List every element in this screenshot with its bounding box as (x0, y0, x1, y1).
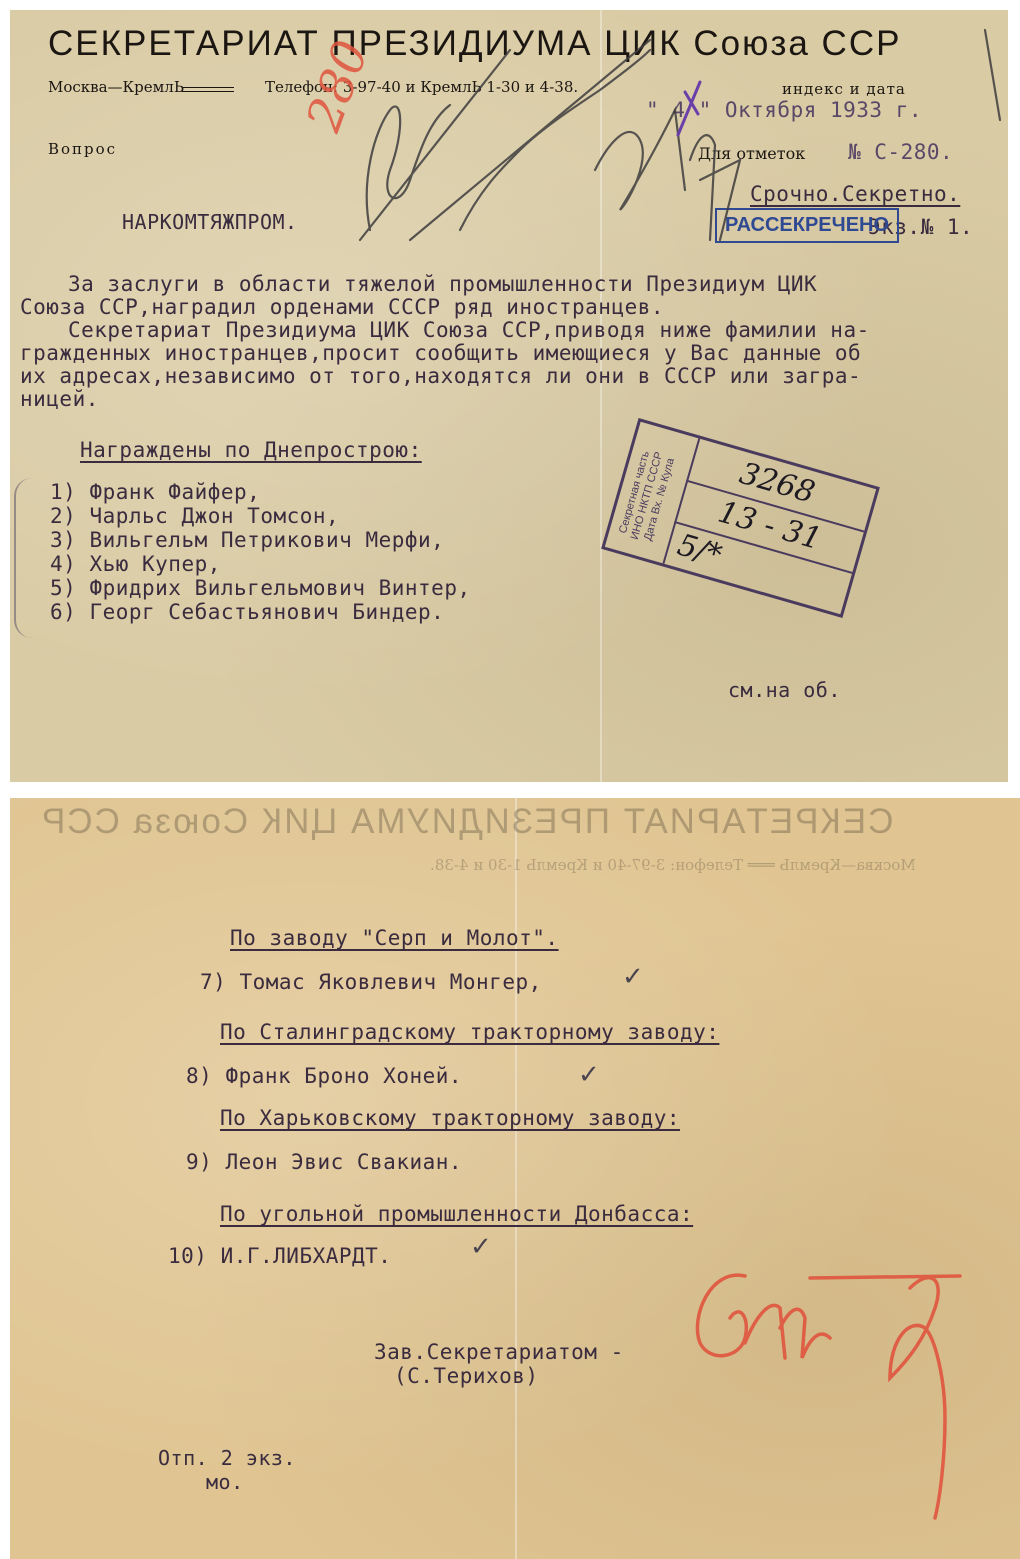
declassified-stamp: РАССЕКРЕЧЕНО (715, 208, 899, 243)
list-item: 4) Хью Купер, (50, 552, 221, 576)
see-reverse-note: см.на об. (728, 678, 841, 702)
fold-line (600, 10, 602, 782)
bleedthrough-phone: Москва—КремлЬ ═══ Телефон: 3-97-40 и Кре… (430, 856, 916, 874)
signature-title: Зав.Секретариатом - (374, 1340, 624, 1364)
question-label: Вопрос (48, 140, 117, 158)
section-heading: По Сталинградскому тракторному заводу: (220, 1020, 719, 1044)
classification-label: Срочно.Секретно. (750, 182, 960, 206)
signature-name: (С.Терихов) (394, 1364, 539, 1388)
document-back-page: СЕКРЕТАРИАТ ПРЕЗИДИУМА ЦИК Союза ССР Мос… (10, 798, 1020, 1559)
list-item: 5) Фридрих Вильгельмович Винтер, (50, 576, 471, 600)
body-line: За заслуги в области тяжелой промышленно… (68, 272, 817, 296)
list-item: 8) Франк Броно Хоней. (186, 1064, 462, 1088)
secret-part-stamp: Секретная часть ИНО НКТП СССР Дата Вх. №… (601, 418, 880, 618)
copies-note: Отп. 2 экз. (158, 1446, 296, 1470)
list-item: 7) Томас Яковлевич Монгер, (200, 970, 542, 994)
section-heading: По угольной промышленности Донбасса: (220, 1202, 693, 1226)
index-date-label: индекс и дата (782, 80, 906, 98)
letterhead-title: СЕКРЕТАРИАТ ПРЕЗИДИУМА ЦИК Союза ССР (48, 24, 901, 64)
addressee: НАРКОМТЯЖПРОМ. (122, 210, 298, 234)
pencil-resolution-marks (10, 10, 1008, 782)
list-item: 3) Вильгельм Петрикович Мерфи, (50, 528, 444, 552)
list-item: 6) Георг Себастьянович Биндер. (50, 600, 444, 624)
notes-label: Для отметок (698, 144, 805, 163)
body-line: Секретариат Президиума ЦИК Союза ССР,при… (68, 318, 870, 342)
checkmark-icon: ✓ (578, 1060, 600, 1090)
body-line: гражденных иностранцев,просит сообщить и… (20, 341, 861, 365)
list-item: 1) Франк Файфер, (50, 480, 260, 504)
list-item: 10) И.Г.ЛИБХАРДТ. (168, 1244, 391, 1268)
list-item: 2) Чарльс Джон Томсон, (50, 504, 339, 528)
list-item: 9) Леон Эвис Свакиан. (186, 1150, 462, 1174)
bleedthrough-letterhead: СЕКРЕТАРИАТ ПРЕЗИДИУМА ЦИК Союза ССР (40, 802, 893, 842)
section-heading: По заводу "Серп и Молот". (230, 926, 559, 950)
body-line: их адресах,независимо от того,находятся … (20, 364, 861, 388)
checkmark-icon: ✓ (622, 962, 644, 992)
checkmark-icon: ✓ (470, 1232, 492, 1262)
document-front-page: СЕКРЕТАРИАТ ПРЕЗИДИУМА ЦИК Союза ССР Мос… (10, 10, 1008, 782)
fold-line (515, 798, 517, 1559)
signature-handwritten-text: С.Терихов (10, 798, 11, 799)
document-date: " 4 " Октября 1933 г. (646, 98, 922, 122)
document-number: № С-280. (848, 140, 953, 164)
brace-mark (14, 478, 34, 638)
body-line: ницей. (20, 387, 99, 411)
copies-initials: мо. (206, 1470, 244, 1494)
section-heading-dneprostroy: Награждены по Днепрострою: (80, 438, 422, 462)
letterhead-address: Москва—КремлЬ (48, 78, 184, 96)
section-heading: По Харьковскому тракторному заводу: (220, 1106, 680, 1130)
body-line: Союза ССР,наградил орденами СССР ряд ино… (20, 295, 664, 319)
double-rule (182, 87, 234, 92)
